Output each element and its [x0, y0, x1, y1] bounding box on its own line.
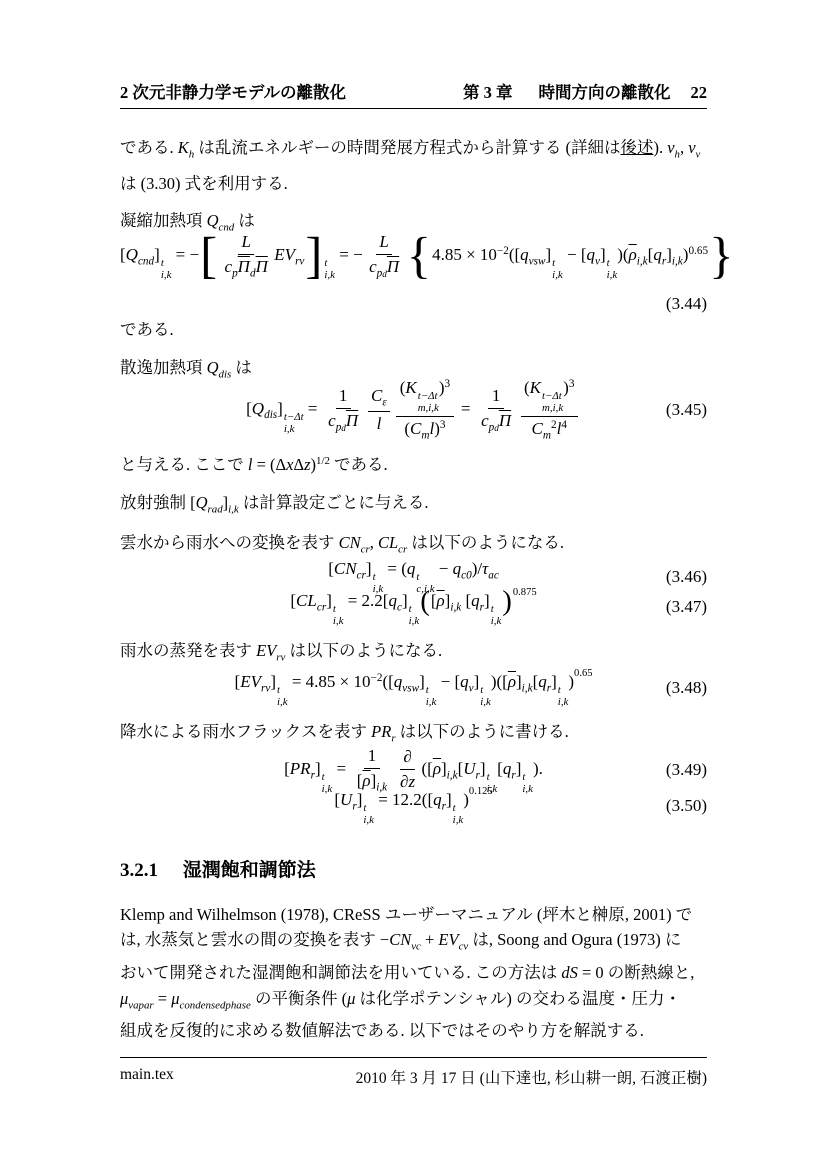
paragraph-after-eq344: である. — [120, 315, 707, 345]
footer-date-authors: 2010 年 3 月 17 日 (山下達也, 杉山耕一朗, 石渡正樹) — [356, 1066, 707, 1088]
running-head-right: 第 3 章 時間方向の離散化 22 — [463, 79, 707, 103]
section-title: 湿潤飽和調節法 — [183, 860, 316, 881]
text-line: である. Kh は乱流エネルギーの時間発展方程式から計算する (詳細は後述). … — [120, 133, 707, 169]
page-footer: main.tex 2010 年 3 月 17 日 (山下達也, 杉山耕一朗, 石… — [120, 1057, 707, 1088]
equation-tag: (3.46) — [666, 567, 707, 587]
equation-tag: (3.44) — [666, 294, 707, 313]
section-heading: 3.2.1 湿潤飽和調節法 — [120, 855, 707, 882]
equation-body: [Qdis]t−Δti,k = 1cpdΠCεl(Kt−Δtm,i,k)3(Cm… — [246, 377, 581, 443]
text-line: 放射強制 [Qrad]i,k は計算設定ごとに与える. — [120, 488, 707, 524]
equation-tag: (3.50) — [666, 796, 707, 816]
equation-3-45: [Qdis]t−Δti,k = 1cpdΠCεl(Kt−Δtm,i,k)3(Cm… — [120, 378, 707, 442]
text-line: である. — [120, 315, 707, 345]
equation-3-50: [Ur]ti,k = 12.2([qr]ti,k)0.125 (3.50) — [120, 790, 707, 822]
text-line: と与える. ここで l = (ΔxΔz)1/2 である. — [120, 446, 707, 480]
text-line: 組成を反復的に求める数値解法である. 以下ではそのやり方を解説する. — [120, 1018, 707, 1043]
equation-3-47: [CLcr]ti,k = 2.2[qc]ti,k([ρ]i,k[qr]ti,k)… — [120, 587, 707, 627]
text-line: は (3.30) 式を利用する. — [120, 169, 707, 199]
equation-3-44: [Qcnd]ti,k = −[LcpΠdΠEVrv]ti,k = −LcpdΠ{… — [120, 231, 707, 281]
text-line: μvapar = μcondensedphase の平衡条件 (μ は化学ポテン… — [120, 986, 707, 1019]
equation-body: [Ur]ti,k = 12.2([qr]ti,k)0.125 — [334, 786, 492, 826]
footer-filename: main.tex — [120, 1066, 174, 1088]
equation-tag: (3.48) — [666, 678, 707, 698]
page-header: 2 次元非静力学モデルの離散化 第 3 章 時間方向の離散化 22 — [120, 76, 707, 109]
equation-tag: (3.49) — [666, 760, 707, 780]
equation-3-48: [EVrv]ti,k = 4.85 × 10−2([qvsw]ti,k − [q… — [120, 672, 707, 704]
equation-tag: (3.47) — [666, 597, 707, 617]
chapter-title: 時間方向の離散化 — [539, 79, 671, 103]
running-head-left: 2 次元非静力学モデルの離散化 — [120, 79, 346, 103]
equation-tag: (3.45) — [666, 400, 707, 420]
paragraph-intro: である. Kh は乱流エネルギーの時間発展方程式から計算する (詳細は後述). … — [120, 133, 707, 199]
page-number: 22 — [691, 83, 708, 103]
document-page: 2 次元非静力学モデルの離散化 第 3 章 時間方向の離散化 22 である. K… — [0, 0, 826, 1169]
paragraph-saturation-adjustment: Klemp and Wilhelmson (1978), CReSS ユーザーマ… — [120, 902, 707, 1044]
text-line: Klemp and Wilhelmson (1978), CReSS ユーザーマ… — [120, 902, 707, 927]
equation-body: [EVrv]ti,k = 4.85 × 10−2([qvsw]ti,k − [q… — [235, 668, 593, 708]
paragraph-after-eq345: と与える. ここで l = (ΔxΔz)1/2 である. — [120, 446, 707, 480]
chapter-label: 第 3 章 — [463, 79, 513, 103]
paragraph-radiative-forcing: 放射強制 [Qrad]i,k は計算設定ごとに与える. — [120, 488, 707, 524]
equation-body: [CLcr]ti,k = 2.2[qc]ti,k([ρ]i,k[qr]ti,k)… — [290, 587, 536, 627]
text-line: は, 水蒸気と雲水の間の変換を表す −CNvc + EVcv は, Soong … — [120, 927, 707, 960]
section-number: 3.2.1 — [120, 860, 158, 881]
link-later-reference[interactable]: 後述 — [620, 138, 653, 157]
equation-3-44-tag: (3.44) — [120, 294, 707, 314]
equation-body: [Qcnd]ti,k = −[LcpΠdΠEVrv]ti,k = −LcpdΠ{… — [120, 245, 735, 264]
text-line: おいて開発された湿潤飽和調節法を用いている. この方法は dS = 0 の断熱線… — [120, 960, 707, 985]
